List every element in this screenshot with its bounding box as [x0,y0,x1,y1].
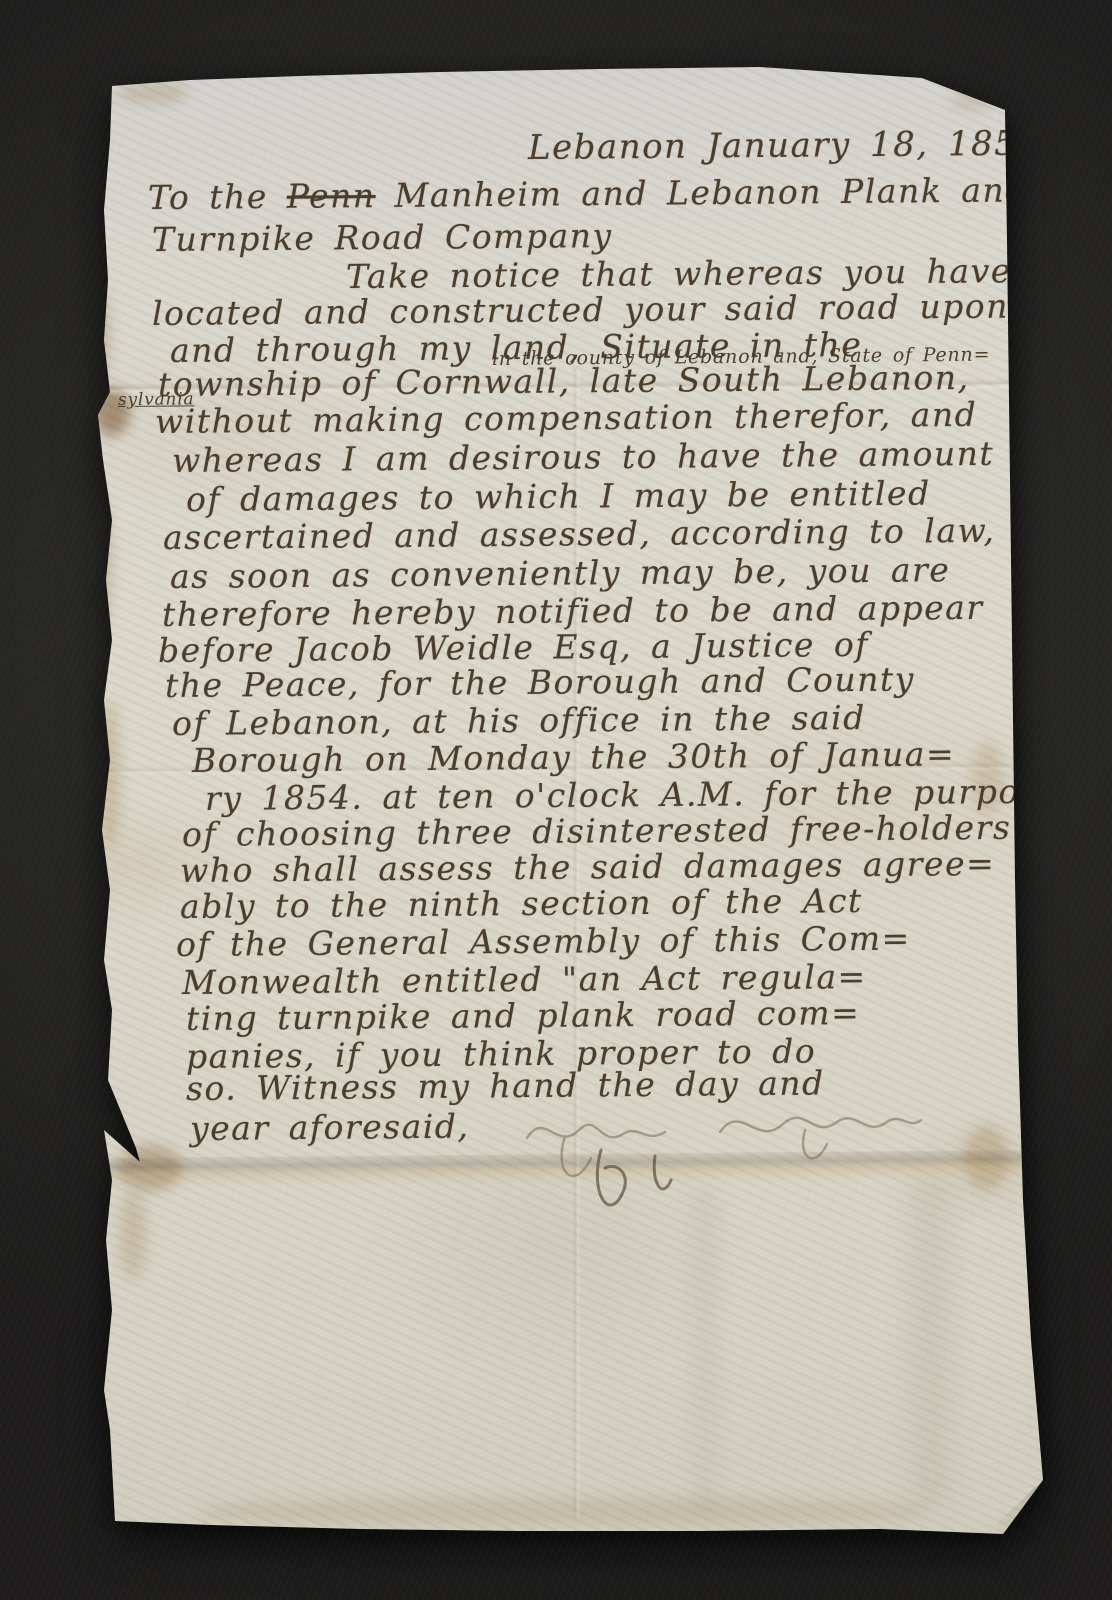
body-line: ting turnpike and plank road com= [186,996,861,1037]
body-line: Borough on Monday the 30th of Janua= [192,737,955,778]
address-rest: Manheim and Lebanon Plank and [375,170,1028,215]
handwritten-text: Lebanon January 18, 1854. To the Penn Ma… [0,0,1112,1600]
body-line: located and constructed your said road u… [152,290,1009,332]
dateline: Lebanon January 18, 1854. [528,126,1053,166]
body-line: of the General Assembly of this Com= [176,922,911,963]
body-line: ably to the ninth section of the Act [180,884,863,925]
letter-paper-wrap: Lebanon January 18, 1854. To the Penn Ma… [0,0,1112,1600]
faint-signature-scribble [505,1096,935,1246]
photo-background: Lebanon January 18, 1854. To the Penn Ma… [0,0,1112,1600]
body-line: ascertained and assessed, according to l… [163,514,996,556]
body-line: whereas I am desirous to have the amount [172,437,995,479]
body-line: the Peace, for the Borough and County [165,662,915,703]
address-prefix: To the [148,177,287,217]
body-line: who shall assess the said damages agree= [180,847,995,889]
letter-paper: Lebanon January 18, 1854. To the Penn Ma… [0,0,1112,1600]
address-line-2: Turnpike Road Company [152,219,613,258]
address-line-1: To the Penn Manheim and Lebanon Plank an… [148,173,1028,215]
body-line: without making compensation therefor, an… [155,398,978,440]
struck-word: Penn [287,176,376,216]
body-line: year aforesaid, [190,1110,470,1147]
